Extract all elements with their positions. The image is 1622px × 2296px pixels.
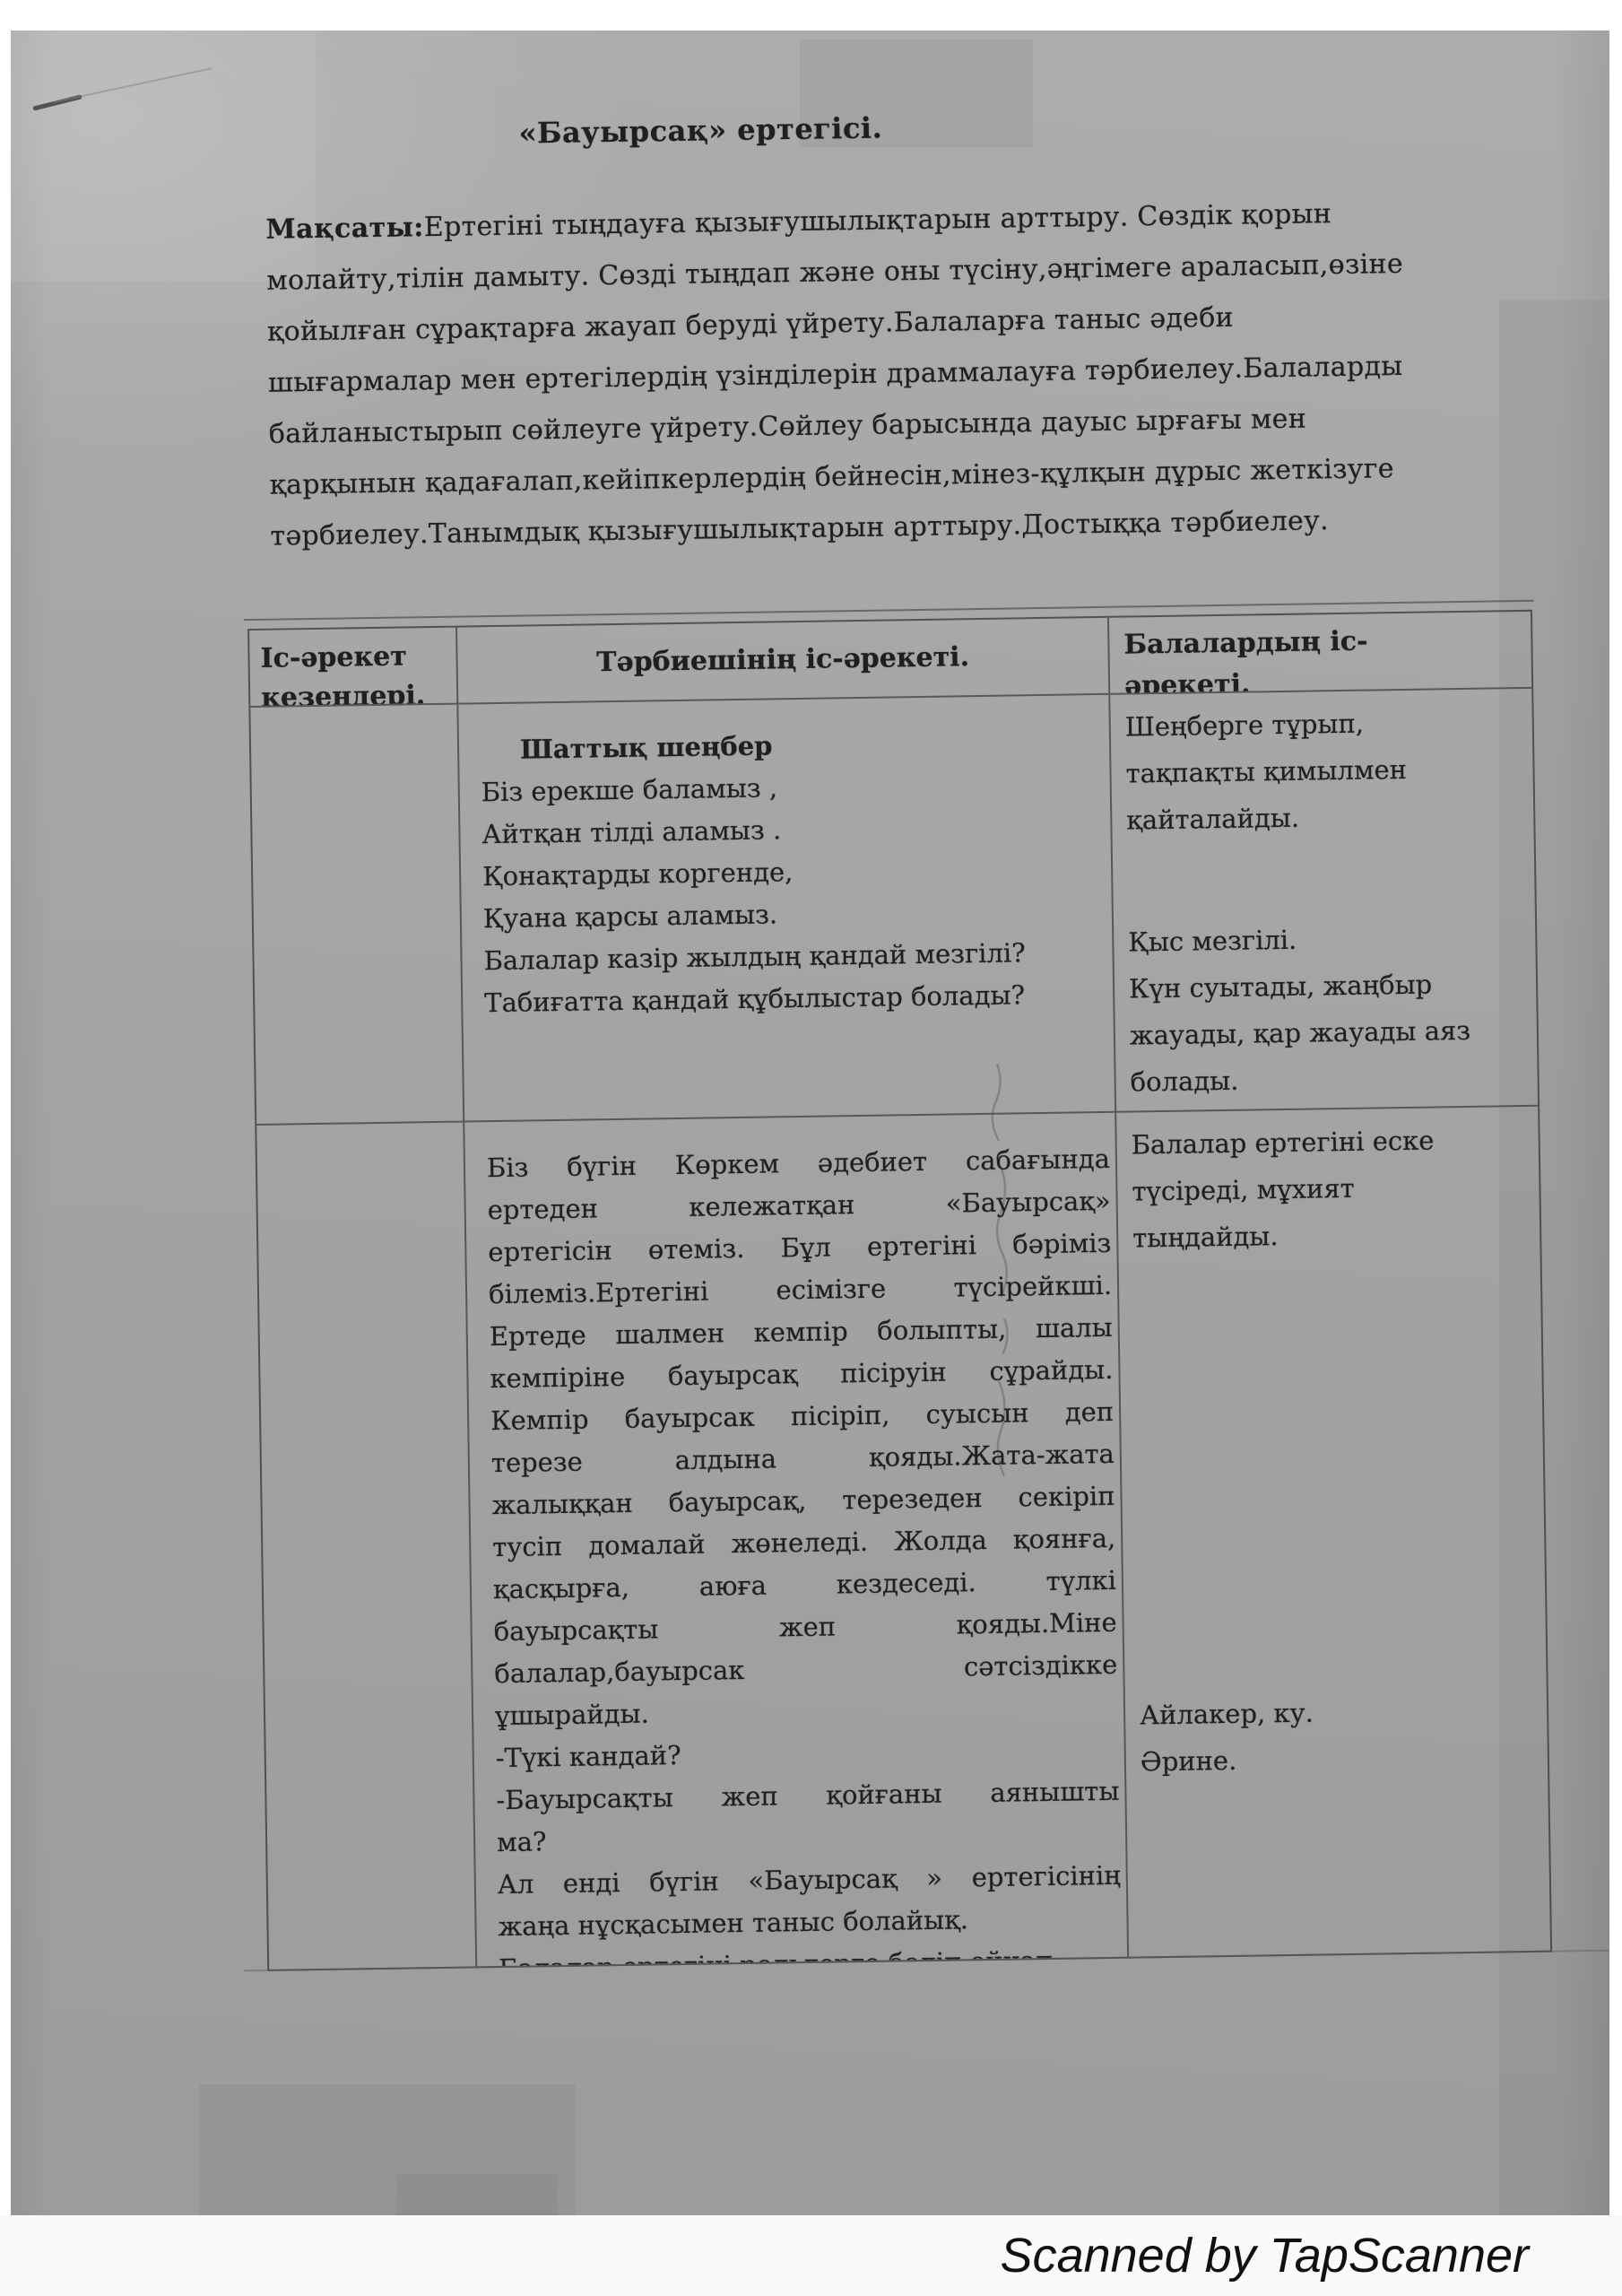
text-line: түсіреді, мұхият (1132, 1162, 1534, 1215)
table-header-teacher-activity: Тәрбиешінің іс-әрекеті. (457, 618, 1110, 705)
text-line: Іс-әрекет (260, 637, 456, 679)
text-line: Балалардың іс- (1123, 619, 1531, 666)
text-line: тыңдайды. (1132, 1209, 1535, 1262)
objectives-line-text: Ертегіні тыңдауға қызығушылықтарын артты… (424, 198, 1332, 243)
text-line: кезеңдері. (261, 676, 457, 708)
table-header-activity-stages: Іс-әрекеткезеңдері. (249, 628, 458, 708)
table-row2-stage-cell (256, 1123, 477, 1970)
text-line: Қыс мезгілі. (1128, 913, 1531, 966)
table-row1-children-cell: Шеңберге тұрып,тақпақты қимылменқайталай… (1110, 689, 1538, 1113)
objectives-paragraph: Мақсаты:Ертегіні тыңдауға қызығушылықтар… (265, 187, 1477, 562)
text-line: Тәрбиешінің іс-әрекеті. (457, 636, 1108, 685)
text-line: Әрине. (1141, 1733, 1543, 1786)
text-line: болады. (1130, 1053, 1532, 1106)
footer-watermark: Scanned by TapScanner (1001, 2228, 1529, 2283)
document-content: «Бауырсақ» ертегісі. Мақсаты:Ертегіні ты… (11, 30, 1609, 2215)
text-line: Балалар ертегіні еске (1131, 1116, 1533, 1169)
scan-area: «Бауырсақ» ертегісі. Мақсаты:Ертегіні ты… (11, 30, 1609, 2215)
text-line: Күн суытады, жаңбыр (1129, 960, 1531, 1013)
table-row1-stage-cell (250, 705, 464, 1126)
objectives-label: Мақсаты: (265, 212, 424, 246)
text-line: жауады, қар жауады аяз (1130, 1006, 1532, 1059)
text-line: Айлакер, ку. (1140, 1686, 1542, 1739)
text-line: Табиғатта қандай құбылыстар болады? (484, 973, 1108, 1024)
text-line: тақпақты қимылмен (1125, 744, 1528, 797)
text-line: қайталайды. (1126, 791, 1529, 844)
table-header-children-activity: Балалардың іс-әрекеті. (1109, 612, 1531, 695)
lesson-table: Іс-әрекеткезеңдері. Тәрбиешінің іс-әреке… (247, 610, 1552, 1971)
table-row2-teacher-cell: Біз бүгін Көркем әдебиет сабағындаертеде… (464, 1113, 1129, 1967)
text-line: Шеңберге тұрып, (1124, 698, 1527, 751)
page-title: «Бауырсақ» ертегісі. (11, 101, 1500, 159)
objectives-lines: молайту,тілін дамыту. Сөзді тыңдап және … (266, 238, 1477, 562)
table-row1-teacher-cell: Шаттық шеңберБіз ерекше баламыз ,Айтқан … (458, 695, 1116, 1123)
table-row2-children-cell: Балалар ертегіні ескетүсіреді, мұхияттың… (1116, 1107, 1550, 1957)
footer-strip: Scanned by TapScanner (0, 2215, 1622, 2296)
scanned-page: «Бауырсақ» ертегісі. Мақсаты:Ертегіні ты… (0, 0, 1622, 2296)
